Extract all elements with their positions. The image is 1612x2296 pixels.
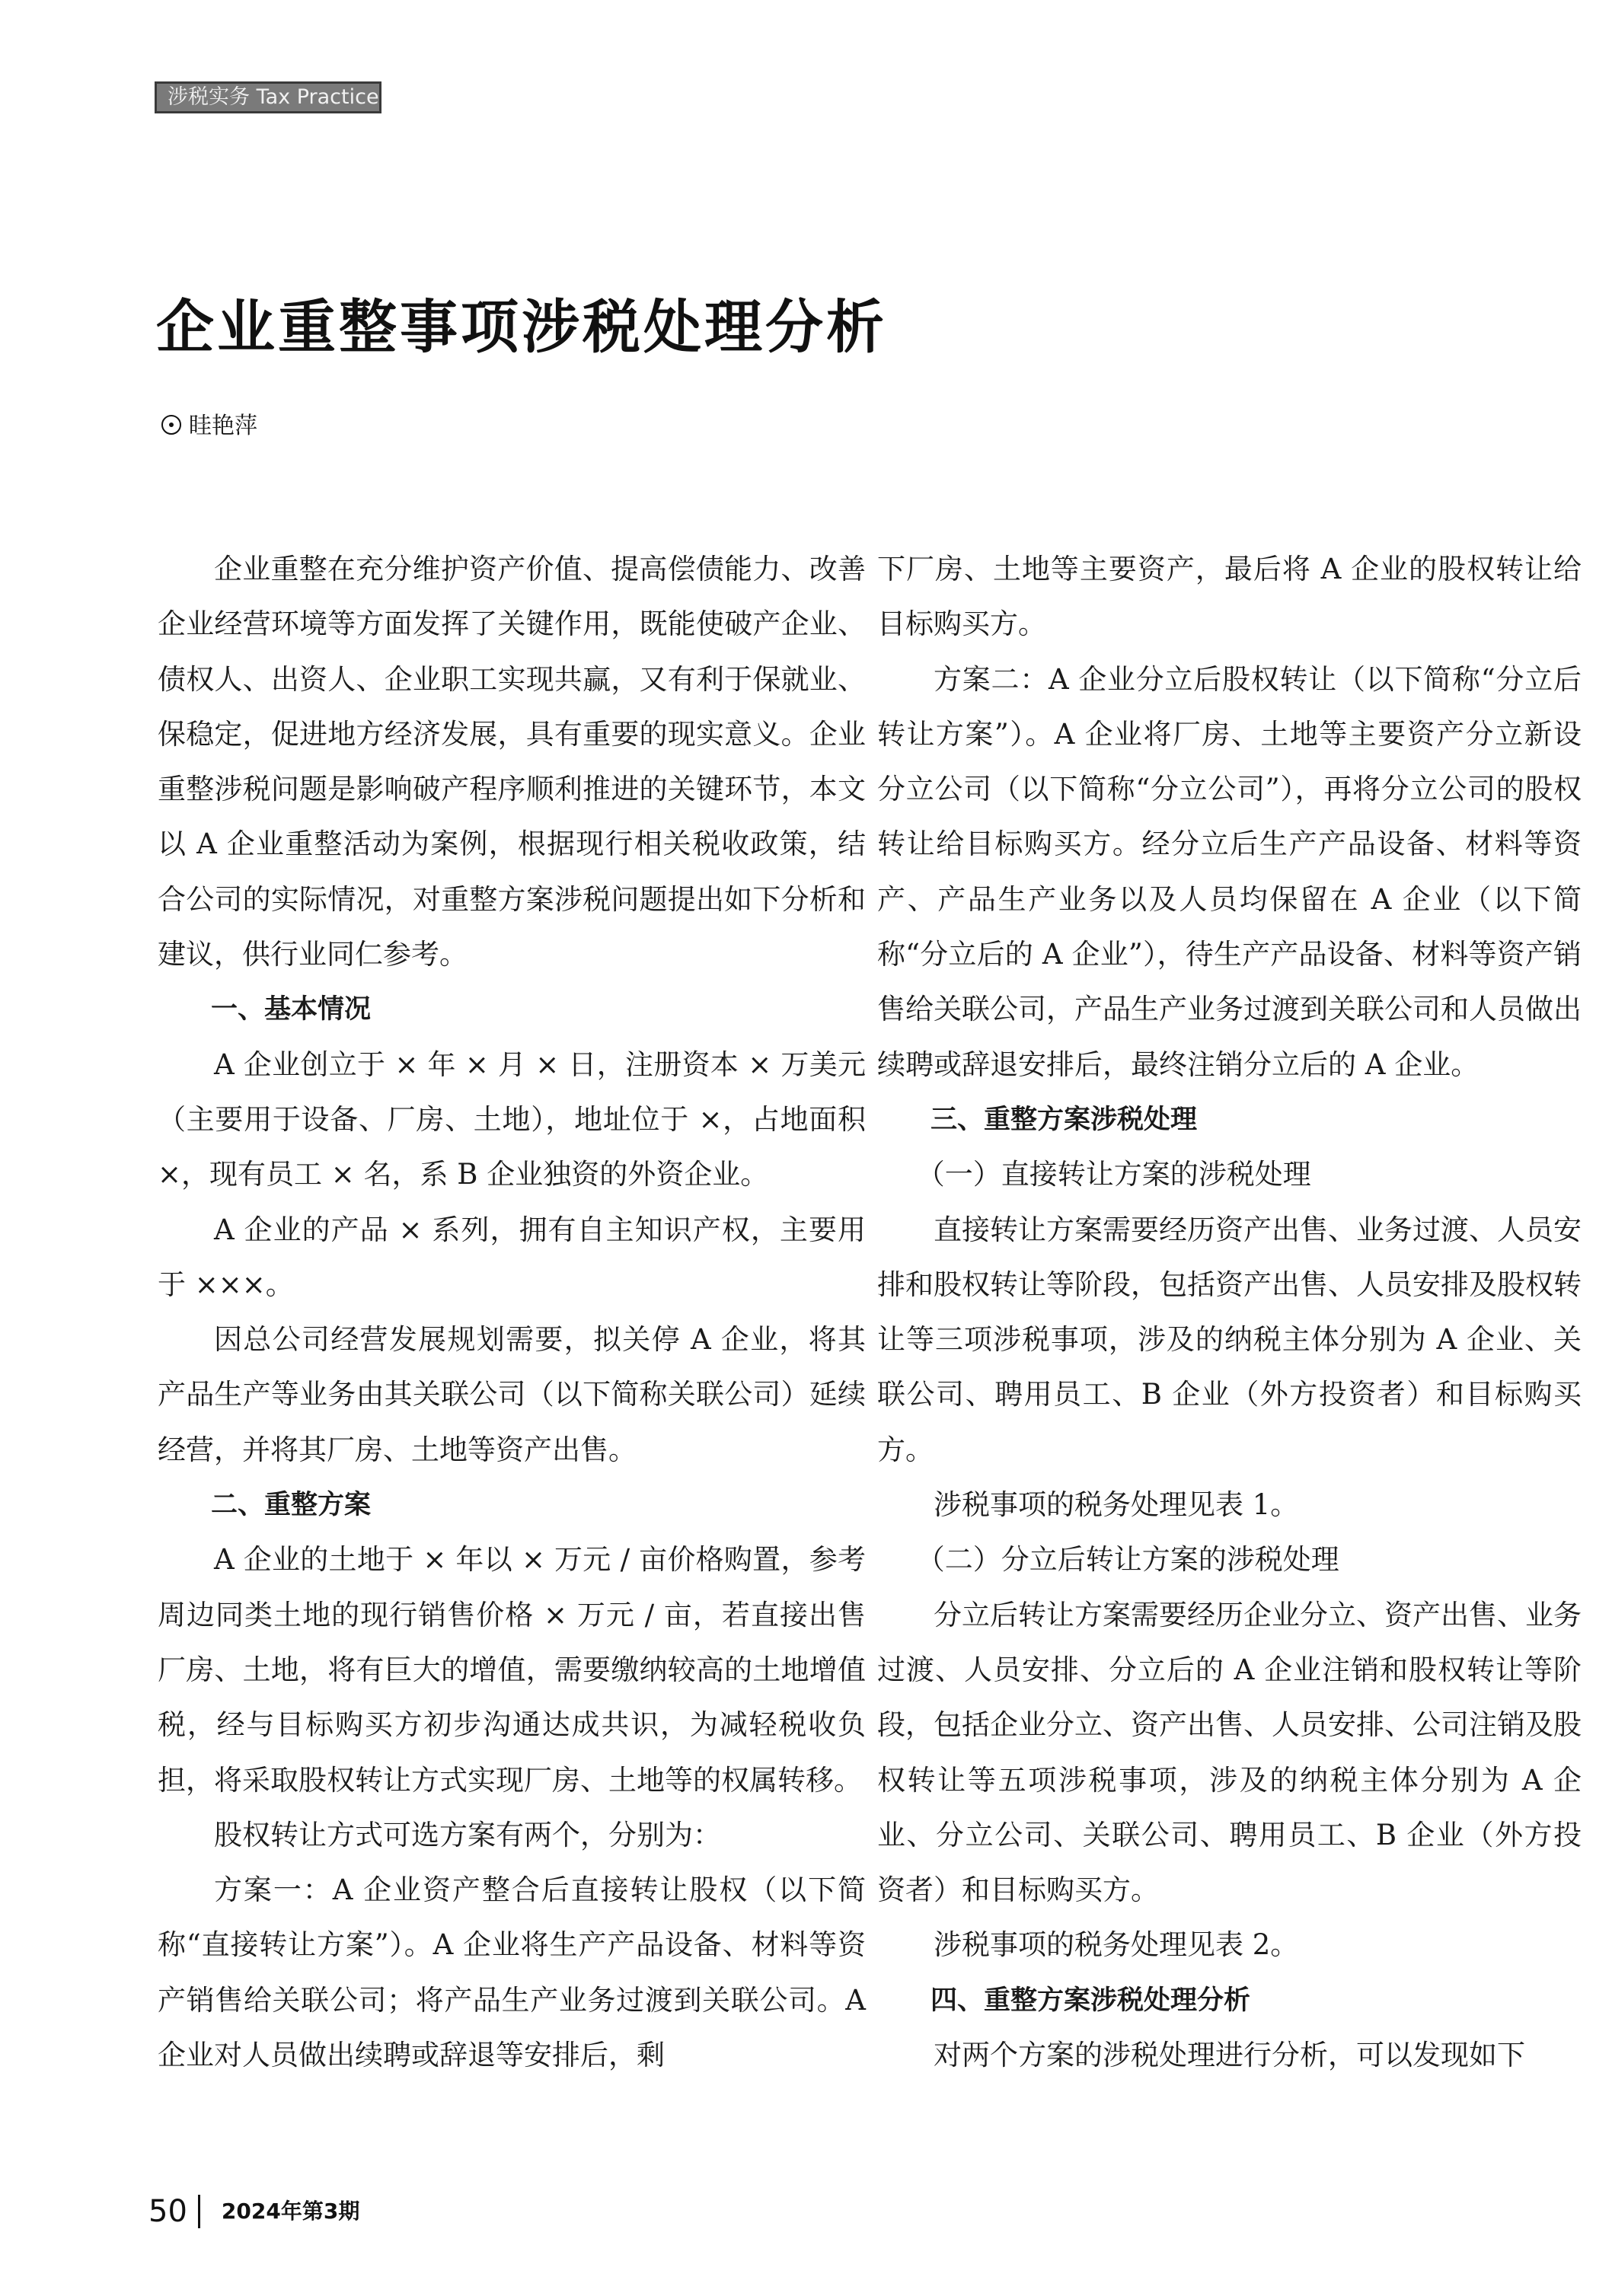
section-heading-tax-treatment: 三、重整方案涉税处理 <box>877 1092 1582 1147</box>
subsection-heading-post-split-transfer: （二）分立后转让方案的涉税处理 <box>877 1532 1582 1587</box>
left-column: 企业重整在充分维护资产价值、提高偿债能力、改善企业经营环境等方面发挥了关键作用，… <box>158 542 866 2083</box>
issue-label: 2024年第3期 <box>222 2199 359 2224</box>
intro-paragraph: 企业重整在充分维护资产价值、提高偿债能力、改善企业经营环境等方面发挥了关键作用，… <box>158 542 866 982</box>
paragraph: 涉税事项的税务处理见表 2。 <box>877 1918 1582 1972</box>
author-name: 眭艳萍 <box>189 413 257 439</box>
section-heading-restructuring-plan: 二、重整方案 <box>158 1478 866 1532</box>
paragraph: 直接转让方案需要经历资产出售、业务过渡、人员安排和股权转让等阶段，包括资产出售、… <box>877 1203 1582 1478</box>
footer-divider <box>198 2195 200 2228</box>
section-heading-basic-info: 一、基本情况 <box>158 982 866 1037</box>
paragraph: A 企业创立于 × 年 × 月 × 日，注册资本 × 万美元（主要用于设备、厂房… <box>158 1038 866 1203</box>
paragraph: 股权转让方式可选方案有两个，分别为： <box>158 1808 866 1863</box>
section-tag: 涉税实务 Tax Practice <box>155 81 381 113</box>
author-line: 眭艳萍 <box>161 411 257 442</box>
paragraph-continued: 下厂房、土地等主要资产，最后将 A 企业的股权转让给目标购买方。 <box>877 542 1582 652</box>
paragraph: 方案二：A 企业分立后股权转让（以下简称“分立后转让方案”）。A 企业将厂房、土… <box>877 652 1582 1092</box>
page-footer: 502024年第3期 <box>148 2192 359 2231</box>
paragraph: 分立后转让方案需要经历企业分立、资产出售、业务过渡、人员安排、分立后的 A 企业… <box>877 1588 1582 1918</box>
author-bullet-icon <box>161 415 181 435</box>
article-title: 企业重整事项涉税处理分析 <box>156 293 887 362</box>
paragraph: 涉税事项的税务处理见表 1。 <box>877 1478 1582 1532</box>
right-column: 下厂房、土地等主要资产，最后将 A 企业的股权转让给目标购买方。 方案二：A 企… <box>877 542 1582 2083</box>
subsection-heading-direct-transfer: （一）直接转让方案的涉税处理 <box>877 1147 1582 1202</box>
section-heading-analysis: 四、重整方案涉税处理分析 <box>877 1973 1582 2028</box>
paragraph: A 企业的土地于 × 年以 × 万元 / 亩价格购置，参考周边同类土地的现行销售… <box>158 1532 866 1807</box>
paragraph: 方案一：A 企业资产整合后直接转让股权（以下简称“直接转让方案”）。A 企业将生… <box>158 1863 866 2083</box>
paragraph: 因总公司经营发展规划需要，拟关停 A 企业，将其产品生产等业务由其关联公司（以下… <box>158 1312 866 1478</box>
page-number: 50 <box>148 2194 187 2229</box>
paragraph: A 企业的产品 × 系列，拥有自主知识产权，主要用于 ×××。 <box>158 1203 866 1313</box>
paragraph: 对两个方案的涉税处理进行分析，可以发现如下 <box>877 2028 1582 2083</box>
